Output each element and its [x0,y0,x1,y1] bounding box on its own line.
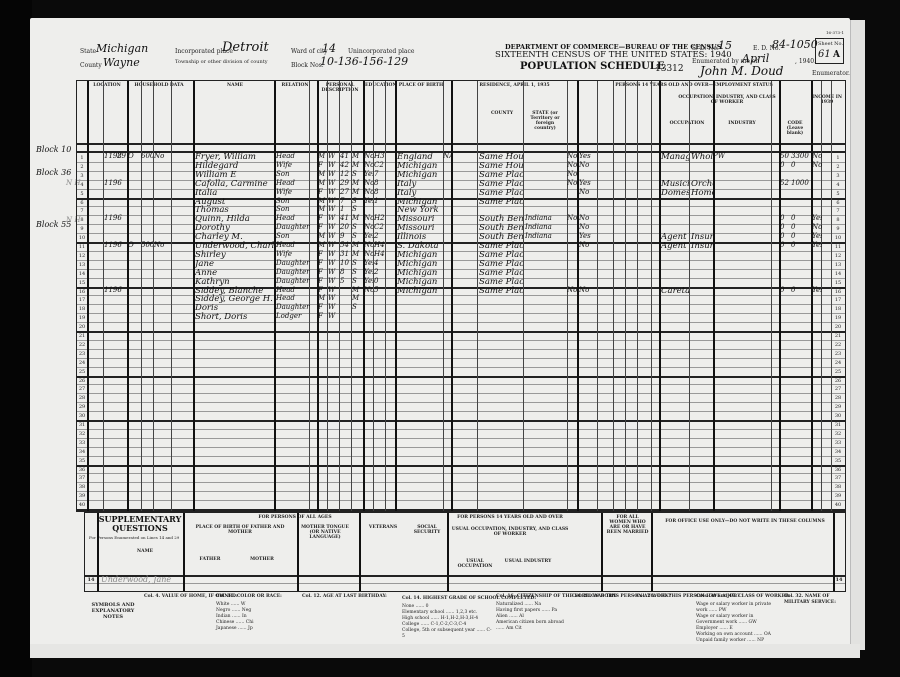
cell-school: No [364,179,373,187]
cell-relation: Head [276,179,310,187]
cell-relation: Wife [276,161,310,169]
cell-race: W [328,250,339,258]
line-number: 4 [833,182,843,188]
line-number: 15 [833,280,843,286]
cell-work: No [579,241,597,249]
cell-race: W [328,197,339,205]
race-codes: White ...... WNegro ...... NegIndian ...… [216,602,306,632]
cell-sex: F [318,214,327,222]
line-number: 9 [77,226,87,232]
cell-race: W [328,188,339,196]
header-residence: RESIDENCE, APRIL 1, 1935 [452,83,577,88]
cell-marital: S [352,197,363,205]
population-table: LOCATION HOUSEHOLD DATA NAME RELATION PE… [76,80,846,512]
cell-work: No [579,286,597,294]
cell-house: 1196 [104,214,126,222]
cell-name: Short, Doris [195,312,275,322]
supp-veterans: VETERANS [363,525,403,530]
state-label: State [80,48,96,55]
cell-race: W [328,259,339,267]
code-item: Wage or salary worker in Government work… [696,614,776,626]
line-number: 8 [77,217,87,223]
line-number: 8 [833,217,843,223]
supplementary-questions: SUPPLEMENTARY QUESTIONS For Persons Enum… [84,512,846,592]
cell-farm35: No [567,161,577,169]
state-value: Michigan [96,42,148,55]
margin-note-block36: Block 36 [36,168,71,177]
cell-weeks: 52 [780,179,790,187]
supp-office-use: FOR OFFICE USE ONLY—DO NOT WRITE IN THES… [655,519,835,524]
line-number: 3 [833,173,843,179]
cell-house: 1196 [104,241,126,249]
worker-codes: Wage or salary worker in private work ..… [696,602,776,644]
cell-grade: 2 [374,268,385,276]
header-location: LOCATION [87,83,127,88]
cell-school: No [364,188,373,196]
cell-sex: F [318,161,327,169]
cell-other-income: Yes [812,286,822,294]
cell-relation: Son [276,205,310,213]
supp-all-ages: FOR PERSONS OF ALL AGES [185,515,405,520]
cell-relation: Head [276,214,310,222]
line-number: 27 [833,386,843,392]
cell-age: 10 [340,259,351,267]
line-number: 5 [77,191,87,197]
line-number: 13 [77,262,87,268]
cell-weeks: 0 [780,214,790,222]
cell-age: 7 [340,197,351,205]
cell-relation: Head [276,241,310,249]
cell-marital: S [352,277,363,285]
cell-birthplace: Michigan [397,286,443,296]
cell-work: Yes [579,179,597,187]
line-number: 9 [833,226,843,232]
supp-usual-industry: USUAL INDUSTRY [503,559,553,564]
cell-school: No [364,161,373,169]
cell-marital: S [352,223,363,231]
line-number: 20 [77,324,87,330]
cell-grade: 1 [374,197,385,205]
line-number: 36 [833,467,843,473]
cell-race: W [328,214,339,222]
cell-school: No [364,152,373,160]
line-number: 6 [77,200,87,206]
cell-race: W [328,161,339,169]
cell-other-income: No [812,223,822,231]
supp-line-number-right: 14 [834,577,844,583]
line-number: 12 [77,253,87,259]
line-number: 21 [833,333,843,339]
code-item: American citizen born abroad ...... Am C… [496,620,566,632]
line-number: 37 [77,475,87,481]
cell-relation: Daughter [276,277,310,285]
line-number: 1 [77,155,87,161]
county-value: Wayne [103,56,140,69]
cell-relation: Lodger [276,312,310,320]
line-number: 23 [833,351,843,357]
line-number: 28 [77,395,87,401]
supp-line-number: 14 [86,577,96,583]
sheet-number: 61 [818,49,831,60]
cell-marital: M [352,286,363,294]
cell-relation: Son [276,232,310,240]
cell-marital: S [352,303,363,311]
line-number: 17 [833,297,843,303]
cell-age: 12 [340,170,351,178]
header-income: INCOME IN 1939 [812,95,842,105]
line-number: 33 [77,440,87,446]
cell-marital: M [352,188,363,196]
line-number: 31 [77,422,87,428]
form-code: 16-373-1 [826,30,844,35]
line-number: 37 [833,475,843,481]
cell-sex: M [318,170,327,178]
supp-mother-tongue: MOTHER TONGUE (OR NATIVE LANGUAGE) [300,525,350,540]
cell-race: W [328,312,339,320]
supp-row-name: Underwood, Jane [101,575,171,584]
scan-border-left [0,0,32,677]
cell-marital: S [352,232,363,240]
cell-age: 20 [340,223,351,231]
note-col32: Col. 32. NAME OF MILITARY SERVICE: [784,594,844,606]
cell-school: Yes [364,268,373,276]
line-number: 25 [833,369,843,375]
line-number: 35 [77,458,87,464]
cell-relation: Daughter [276,303,310,311]
header-occupation: OCCUPATION [662,121,712,126]
cell-age: 27 [340,188,351,196]
cell-sex: M [318,179,327,187]
cell-marital: M [352,161,363,169]
note-col30: Cols. 30 and 47. CLASS OF WORKER: [696,594,790,600]
line-number: 26 [833,378,843,384]
sheet-letter: A [833,50,840,60]
cell-work: Yes [579,232,597,240]
line-number: 1 [833,155,843,161]
incorporated-place-value: Detroit [222,40,269,55]
unincorporated-label: Unincorporated place [348,48,414,55]
cell-income: 0 [791,214,811,222]
cell-marital: M [352,250,363,258]
cell-sex: F [318,286,327,294]
line-number: 10 [833,235,843,241]
line-number: 24 [833,360,843,366]
line-number: 30 [77,413,87,419]
line-number: 25 [77,369,87,375]
symbols-title: SYMBOLS AND EXPLANATORY NOTES [88,602,138,620]
cell-grade: C2 [374,223,385,231]
cell-sex: F [318,188,327,196]
cell-relation: Wife [276,188,310,196]
line-number: 22 [77,342,87,348]
cell-sex: F [318,277,327,285]
cell-house: 1196 [104,286,126,294]
note-col10: Col. 10. COLOR OR RACE: [216,594,282,600]
cell-other-income: No [812,161,822,169]
line-number: 16 [77,289,87,295]
cell-industry: Home [691,188,713,198]
cell-sex: M [318,241,327,249]
cell-relation: Daughter [276,268,310,276]
supp-persons14: FOR PERSONS 14 YEARS OLD AND OVER [450,515,570,520]
cell-weeks: 0 [780,232,790,240]
cell-work: No [579,223,597,231]
cell-occupation: Agent [661,241,689,251]
header-state: STATE (or Territory or foreign country) [525,111,565,131]
cell-marital: M [352,152,363,160]
line-number: 38 [833,484,843,490]
cell-grade: H2 [374,214,385,222]
line-number: 29 [77,404,87,410]
cell-industry: Wholesale [691,152,713,162]
ward-value: 14 [322,42,336,55]
cell-other-income: Yes [812,232,822,240]
supp-social-security: SOCIAL SECURITY [407,525,447,535]
cell-relation: Head [276,286,310,294]
cell-marital: M [352,241,363,249]
line-number: 36 [77,467,87,473]
header-personal: PERSONAL DESCRIPTION [317,83,363,93]
cell-relation: Head [276,152,310,160]
cell-income: 0 [791,232,811,240]
header-household: HOUSEHOLD DATA [127,83,191,88]
cell-grade: 0 [374,277,385,285]
cell-farm: No [154,241,170,249]
cell-sex: F [318,223,327,231]
cell-marital: S [352,259,363,267]
header-employment: PERSONS 14 YEARS OLD AND OVER—EMPLOYMENT… [589,83,799,88]
cell-marital: S [352,268,363,276]
township-label: Township or other division of county [175,59,268,65]
line-number: 30 [833,413,843,419]
cell-income: 0 [791,161,811,169]
cell-income: 0 [791,241,811,249]
line-number: 4 [77,182,87,188]
cell-school: No [364,214,373,222]
cell-citizen: NA [443,152,451,160]
line-number: 22 [833,342,843,348]
cell-school: Yes [364,277,373,285]
cell-grade: 8 [374,188,385,196]
grade-codes: None ...... 0Elementary school ...... 1,… [402,604,492,640]
cell-age: 5 [340,277,351,285]
line-number: 38 [77,484,87,490]
cell-sex: M [318,197,327,205]
line-number: 3 [77,173,87,179]
cell-farm35: No [567,152,577,160]
line-number: 17 [77,297,87,303]
line-number: 29 [833,404,843,410]
line-number: 26 [77,378,87,384]
cell-income: 1000 [791,179,811,187]
cell-relation: Son [276,170,310,178]
cell-income: 3300 [791,152,811,160]
line-number: 39 [77,493,87,499]
line-number: 31 [833,422,843,428]
cell-race: W [328,232,339,240]
cell-grade: H3 [374,152,385,160]
cell-visit: 29 [117,152,127,160]
cell-school: No [364,286,373,294]
header-birth: PLACE OF BIRTH [397,83,445,88]
cell-sex: M [318,205,327,213]
cell-work: No [579,214,597,222]
cell-industry: Insurance [691,241,713,251]
cell-age: 54 [340,241,351,249]
block-label: Block Nos. [291,62,324,69]
cell-res-state: Indiana [525,214,567,222]
sheet-label: Sheet No. [818,41,843,47]
sd-label: S. D. No. [692,45,719,52]
cell-weeks: 0 [780,223,790,231]
line-number: 2 [833,164,843,170]
cell-occupation: Domestic [661,188,689,198]
cell-school: No [364,241,373,249]
cell-grade: 7 [374,170,385,178]
supp-name-header: NAME [115,549,175,554]
cell-race: W [328,277,339,285]
cell-grade: 2 [374,232,385,240]
cell-work: Yes [579,152,597,160]
cell-school: Yes [364,197,373,205]
cell-tenure: O [128,241,140,249]
line-number: 23 [77,351,87,357]
cell-grade: H4 [374,250,385,258]
cell-sex: F [318,268,327,276]
cell-income: 0 [791,223,811,231]
cell-age: 9 [340,232,351,240]
line-number: 40 [77,502,87,508]
cell-sex: F [318,250,327,258]
line-number: 32 [77,431,87,437]
line-number: 7 [77,208,87,214]
header-education: EDUCATION [365,83,395,88]
cell-relation: Head [276,294,310,302]
cell-age: 41 [340,152,351,160]
cell-worker-class: PW [713,152,733,160]
line-number: 40 [833,502,843,508]
cell-school: No [364,223,373,231]
cell-school: Yes [364,259,373,267]
cell-farm: No [154,152,170,160]
cell-res-city: Same Place [479,197,523,207]
supplementary-subtitle: For Persons Enumerated on Lines 14 and 2… [89,535,179,540]
cell-house: 1196 [104,179,126,187]
cell-race: W [328,294,339,302]
header-industry: INDUSTRY [717,121,767,126]
supp-father: FATHER [185,557,235,562]
cell-work: No [579,188,597,196]
cell-farm35: No [567,286,577,294]
cell-tenure: O [128,152,140,160]
cell-income: 0 [791,286,811,294]
line-number: 24 [77,360,87,366]
cell-marital: M [352,294,363,302]
cell-grade: C2 [374,161,385,169]
cell-school: Yes [364,232,373,240]
cell-grade: 4 [374,259,385,267]
cell-race: W [328,286,339,294]
line-number: 18 [833,306,843,312]
citizenship-codes: Naturalized ...... NaHaving first papers… [496,602,566,632]
block-value: 10-136-156-129 [320,55,408,68]
line-number: 35 [833,458,843,464]
year-label: , 1940. [795,58,816,65]
cell-weeks: 0 [780,286,790,294]
cell-sex: F [318,303,327,311]
header-code: CODE (Leave blank) [781,121,809,136]
cell-race: W [328,241,339,249]
cell-relation: Daughter [276,223,310,231]
cell-age: 8 [340,268,351,276]
enumerator-label: Enumerator. [812,70,850,77]
cell-marital: M [352,179,363,187]
line-number: 15 [77,280,87,286]
enumerator-signature: John M. Doud [700,64,783,78]
cell-race: W [328,152,339,160]
line-number: 19 [77,315,87,321]
line-number: 21 [77,333,87,339]
supp-usual-occ-group: USUAL OCCUPATION, INDUSTRY, AND CLASS OF… [450,527,570,537]
line-number: 7 [833,208,843,214]
line-number: 11 [77,244,87,250]
line-number: 39 [833,493,843,499]
line-number: 34 [77,449,87,455]
scan-page-edge [850,20,865,650]
line-number: 19 [833,315,843,321]
line-number: 14 [77,271,87,277]
cell-age: 31 [340,250,351,258]
county-label: County [80,62,102,69]
line-number: 2 [77,164,87,170]
ed-value: 84-1050 [772,38,818,51]
supp-mother: MOTHER [237,557,287,562]
line-number: 10 [77,235,87,241]
cell-other-income: Yes [812,214,822,222]
cell-age: 42 [340,161,351,169]
cell-weeks: 0 [780,161,790,169]
supp-women: FOR ALL WOMEN WHO ARE OR HAVE BEEN MARRI… [605,515,650,535]
cell-grade: 8 [374,179,385,187]
cell-farm35: No [567,214,577,222]
line-number: 32 [833,431,843,437]
cell-race: W [328,223,339,231]
line-number: 14 [833,271,843,277]
cell-farm35: No [567,170,577,178]
stamp-number: 13312 [655,64,684,74]
cell-grade: 5 [374,286,385,294]
cell-marital: S [352,170,363,178]
cell-farm35: No [567,179,577,187]
cell-grade: H4 [374,241,385,249]
line-number: 6 [833,200,843,206]
supp-usual-occupation: USUAL OCCUPATION [450,559,500,569]
cell-sex: M [318,232,327,240]
sd-value: 15 [718,39,732,52]
cell-weeks: 0 [780,241,790,249]
cell-other-income: No [812,152,822,160]
line-number: 33 [833,440,843,446]
cell-value: 5000 [141,241,153,249]
scan-bottom-strip [30,644,860,658]
cell-age: 1 [340,205,351,213]
cell-school: No [364,250,373,258]
cell-race: W [328,303,339,311]
cell-occupation: Caretaker [661,286,689,296]
header-name: NAME [195,83,275,88]
note-col12: Col. 12. AGE AT LAST BIRTHDAY: [302,594,387,600]
line-number: 16 [833,289,843,295]
